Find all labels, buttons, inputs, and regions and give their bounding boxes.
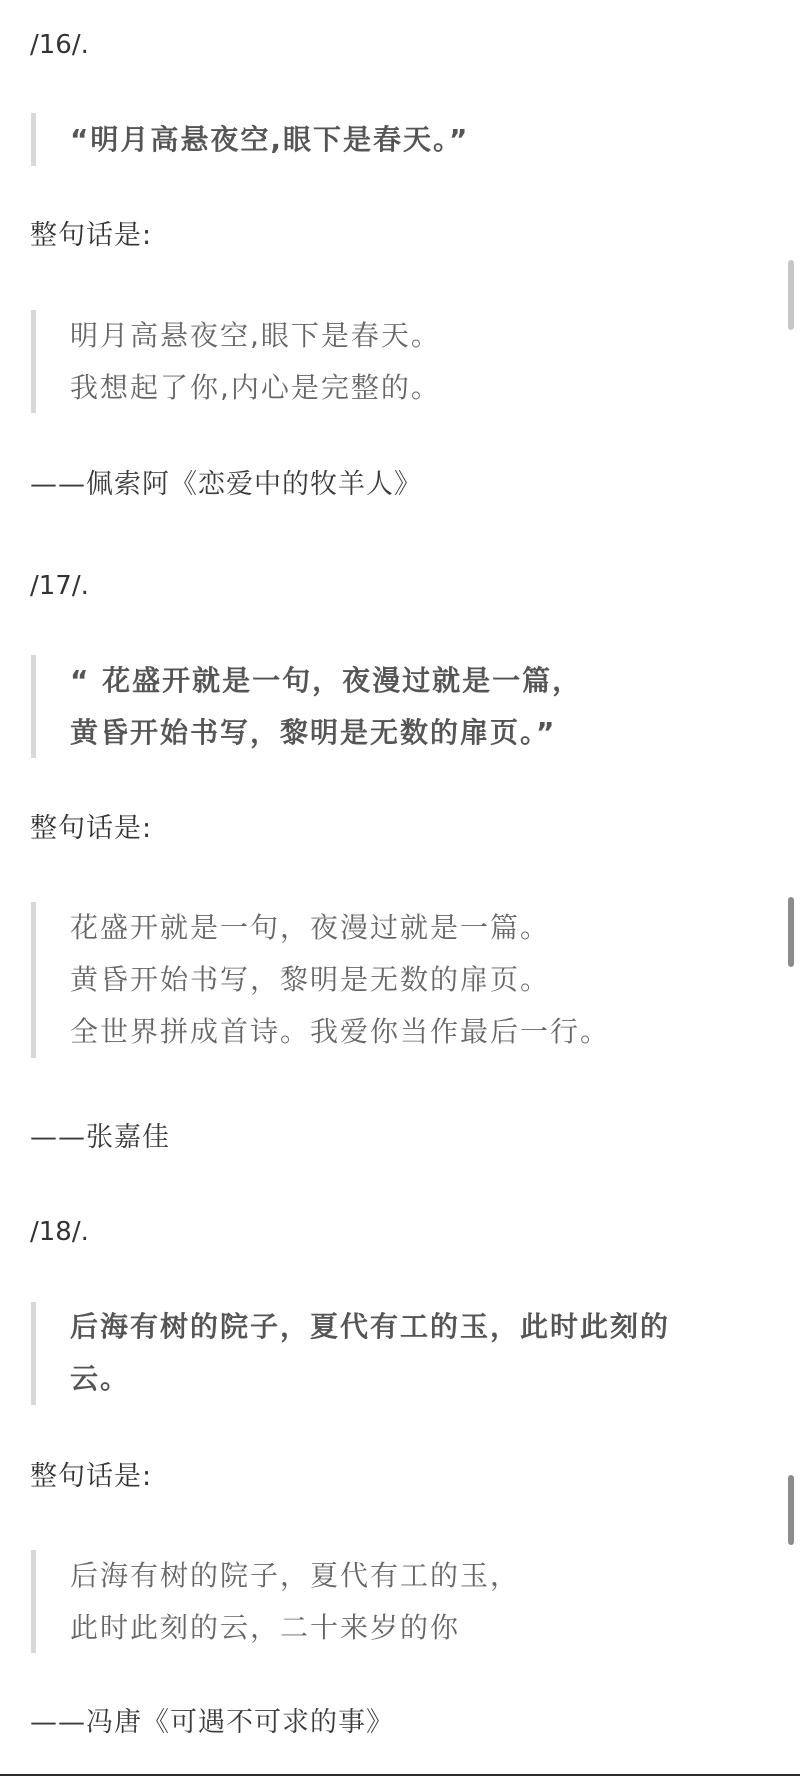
blockquote-bar <box>31 655 36 758</box>
blockquote-bar <box>31 113 36 166</box>
quote-line: 全世界拼成首诗。我爱你当作最后一行。 <box>70 1006 750 1058</box>
quote-line: 黄昏开始书写，黎明是无数的扉页。” <box>70 707 750 759</box>
section-number-17: /17/. <box>30 569 89 603</box>
full-quote-18: 后海有树的院子，夏代有工的玉， 此时此刻的云，二十来岁的你 <box>70 1550 750 1654</box>
quote-line: “ 花盛开就是一句，夜漫过就是一篇， <box>70 655 750 707</box>
quote-line: 后海有树的院子，夏代有工的玉，此时此刻的 <box>70 1301 750 1353</box>
quote-line: 后海有树的院子，夏代有工的玉， <box>70 1550 750 1602</box>
blockquote-bar <box>31 902 36 1058</box>
quote-line: 明月高悬夜空,眼下是春天。 <box>70 310 750 362</box>
attribution-18: ——冯唐《可遇不可求的事》 <box>30 1706 394 1740</box>
quote-line: “明月高悬夜空,眼下是春天。” <box>70 114 750 166</box>
attribution-16: ——佩索阿《恋爱中的牧羊人》 <box>30 468 422 502</box>
blockquote-bar <box>31 1302 36 1405</box>
teaser-quote-16: “明月高悬夜空,眼下是春天。” <box>70 114 750 166</box>
scroll-indicator[interactable] <box>788 897 794 967</box>
teaser-quote-17: “ 花盛开就是一句，夜漫过就是一篇， 黄昏开始书写，黎明是无数的扉页。” <box>70 655 750 759</box>
full-sentence-label-16: 整句话是: <box>30 219 152 253</box>
scroll-indicator[interactable] <box>788 260 794 330</box>
quote-line: 我想起了你,内心是完整的。 <box>70 362 750 414</box>
section-number-16: /16/. <box>30 28 89 62</box>
quote-line: 黄昏开始书写，黎明是无数的扉页。 <box>70 954 750 1006</box>
quote-line: 此时此刻的云，二十来岁的你 <box>70 1602 750 1654</box>
quote-line: 云。 <box>70 1353 750 1405</box>
blockquote-bar <box>31 1550 36 1653</box>
teaser-quote-18: 后海有树的院子，夏代有工的玉，此时此刻的 云。 <box>70 1301 750 1405</box>
full-quote-17: 花盛开就是一句，夜漫过就是一篇。 黄昏开始书写，黎明是无数的扉页。 全世界拼成首… <box>70 902 750 1058</box>
blockquote-bar <box>31 310 36 413</box>
full-sentence-label-18: 整句话是: <box>30 1460 152 1494</box>
scroll-indicator[interactable] <box>788 1475 794 1545</box>
full-sentence-label-17: 整句话是: <box>30 812 152 846</box>
quote-line: 花盛开就是一句，夜漫过就是一篇。 <box>70 902 750 954</box>
full-quote-16: 明月高悬夜空,眼下是春天。 我想起了你,内心是完整的。 <box>70 310 750 414</box>
attribution-17: ——张嘉佳 <box>30 1121 170 1155</box>
section-number-18: /18/. <box>30 1215 89 1249</box>
